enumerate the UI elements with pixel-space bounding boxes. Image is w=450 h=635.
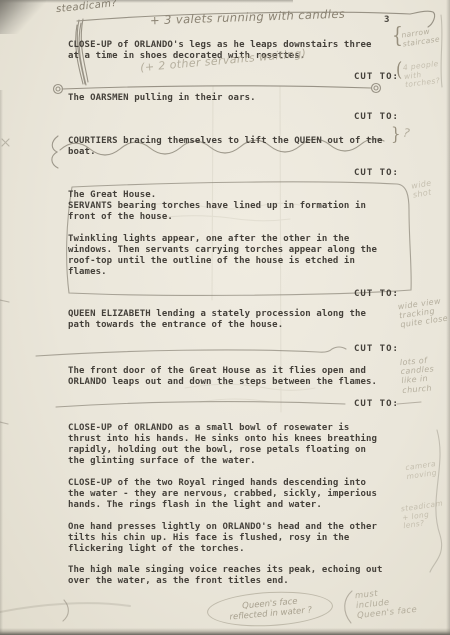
- handwritten-query-mark: ?: [402, 127, 411, 142]
- scene-description: The OARSMEN pulling in their oars.: [68, 93, 256, 104]
- script-page-scan: 3 CLOSE-UP of ORLANDO's legs as he leaps…: [0, 0, 450, 635]
- margin-paren: (: [396, 58, 402, 81]
- handwritten-note-lots-of-candles: lots of candles like in church: [399, 354, 450, 395]
- queen-underline: [36, 347, 346, 356]
- scan-edge-bottom: [0, 628, 450, 635]
- handwritten-note-must-include: must include Queen's face: [355, 586, 418, 621]
- scan-edge-top: [0, 0, 293, 3]
- cut-to-marker: CUT TO:: [354, 112, 414, 122]
- handwritten-note-people-torches: 4 people with torches?: [403, 60, 442, 90]
- margin-brace: }: [391, 123, 401, 145]
- scene-description: The Great House. SERVANTS bearing torche…: [68, 190, 366, 223]
- scene-description: COURTIERS bracing themselves to lift the…: [68, 136, 383, 158]
- bottom-left-paren: [63, 600, 68, 621]
- front-door-underline: [56, 402, 345, 407]
- handwritten-note-steadicam-long-lens: steadicam + long lens?: [400, 499, 450, 531]
- page-number: 3: [384, 15, 389, 25]
- handwritten-note-camera-moving: camera moving: [405, 460, 438, 481]
- scene-description: QUEEN ELIZABETH lending a stately proces…: [68, 309, 366, 331]
- cut-to-marker: CUT TO:: [354, 289, 414, 299]
- handwritten-note-wide-tracking: wide view tracking quite close: [397, 296, 448, 330]
- handwritten-note-wide-shot: wide shot: [411, 178, 434, 200]
- scene-description: The high male singing voice reaches its …: [68, 565, 383, 587]
- cut-to-marker: CUT TO:: [354, 168, 414, 178]
- cut-to-marker: CUT TO:: [354, 399, 414, 409]
- scene-description: One hand presses lightly on ORLANDO's he…: [68, 522, 377, 555]
- handwritten-note-queens-face: Queen's face reflected in water ?: [228, 595, 312, 623]
- cut-to-marker: CUT TO:: [354, 344, 414, 354]
- scan-edge-right: [446, 0, 450, 635]
- scene-description: The front door of the Great House as it …: [68, 366, 377, 388]
- scene-description: CLOSE-UP of ORLANDO as a small bowl of r…: [68, 423, 377, 467]
- scan-corner-shadow: [0, 0, 46, 34]
- must-include-brace: [345, 591, 352, 623]
- handwritten-bubble: Queen's face reflected in water ?: [206, 589, 334, 630]
- handwritten-note-valets: + 3 valets running with candles: [150, 8, 346, 28]
- handwritten-note-narrow-staircase: narrow staircase: [401, 26, 440, 48]
- scene-description: CLOSE-UP of the two Royal ringed hands d…: [68, 478, 377, 511]
- scan-edge-left: [0, 90, 3, 635]
- scene-description: Twinkling lights appear, one after the o…: [68, 234, 377, 278]
